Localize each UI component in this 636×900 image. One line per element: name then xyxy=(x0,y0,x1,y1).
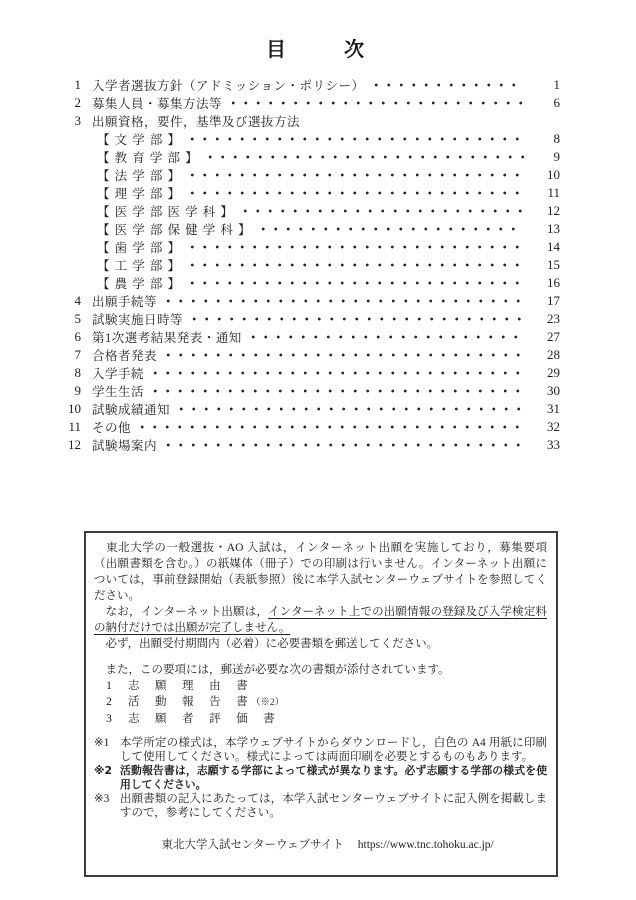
toc-entry-page: 23 xyxy=(534,311,560,327)
dot-leader xyxy=(186,274,524,292)
dot-leader xyxy=(162,346,524,364)
document-item-label: 志 願 者 評 価 書 xyxy=(128,711,281,727)
toc-entry-page: 11 xyxy=(534,185,560,201)
document-item: 2 活 動 報 告 書 （※2） xyxy=(94,694,547,711)
notice-paragraph-mail-documents: 必ず，出願受付期間内（必着）に必要書類を郵送してください。 xyxy=(94,636,547,652)
dot-leader xyxy=(149,364,524,382)
toc-entry-number: 11 xyxy=(68,419,81,435)
attached-documents-list: 1 志 願 理 由 書 2 活 動 報 告 書 （※2） 3 志 願 者 評 価… xyxy=(94,678,547,727)
toc-entry: 【 教 育 学 部 】 9 xyxy=(68,148,560,166)
toc-entry-number: 8 xyxy=(68,365,81,381)
dot-leader xyxy=(186,256,524,274)
document-item-number: 3 xyxy=(103,711,115,727)
toc-entry-page: 8 xyxy=(534,131,560,147)
toc-entry: 【 理 学 部 】 11 xyxy=(68,184,560,202)
note-marker: ※3 xyxy=(94,792,120,820)
page-title: 目 次 xyxy=(0,0,636,62)
dot-leader xyxy=(227,94,524,112)
toc-entry-page: 32 xyxy=(534,419,560,435)
toc-entry-label: 学生生活 xyxy=(92,382,144,400)
dot-leader xyxy=(257,220,524,238)
toc-entry-page: 6 xyxy=(534,95,560,111)
note-item: ※3 出願書類の記入にあたっては，本学入試センターウェブサイトに記入例を掲載しま… xyxy=(94,792,547,820)
toc-entry-label: 【 工 学 部 】 xyxy=(97,256,181,274)
note-text: 活動報告書は，志願する学部によって様式が異なります。必ず志願する学部の様式を使用… xyxy=(120,764,547,792)
dot-leader xyxy=(136,418,524,436)
notice-box: 東北大学の一般選抜・AO 入試は，インターネット出願を実施しており，募集要項（出… xyxy=(84,531,558,877)
dot-leader xyxy=(186,184,524,202)
dot-leader xyxy=(175,400,524,418)
toc-entry-number: 6 xyxy=(68,329,81,345)
toc-entry-number: 1 xyxy=(68,77,81,93)
toc-entry-label: 第1次選考結果発表・通知 xyxy=(92,328,242,346)
dot-leader xyxy=(162,292,524,310)
document-item: 1 志 願 理 由 書 xyxy=(94,678,547,694)
dot-leader xyxy=(186,130,524,148)
toc-entry: 5 試験実施日時等 23 xyxy=(68,310,560,328)
toc-entry-label: 出願手続等 xyxy=(92,292,157,310)
warning-prefix: なお，インターネット出願は， xyxy=(94,606,268,618)
website-label: 東北大学入試センターウェブサイト xyxy=(162,839,344,851)
document-item-label: 志 願 理 由 書 xyxy=(128,678,254,694)
toc-entry: 【 文 学 部 】 8 xyxy=(68,130,560,148)
toc-entry-label: 試験成績通知 xyxy=(92,400,170,418)
notice-paragraph-attached-documents: また，この要項には，郵送が必要な次の書類が添付されています。 xyxy=(94,662,547,678)
toc-entry-label: 【 医 学 部 医 学 科 】 xyxy=(97,202,234,220)
toc-entry: 11 その他 32 xyxy=(68,418,560,436)
toc-entry: 【 法 学 部 】 10 xyxy=(68,166,560,184)
toc-entry-page: 10 xyxy=(534,167,560,183)
toc-entry: 1 入学者選抜方針（アドミッション・ポリシー） 1 xyxy=(68,76,560,94)
toc-entry-label: 試験実施日時等 xyxy=(92,310,183,328)
toc-entry-page: 29 xyxy=(534,365,560,381)
dot-leader xyxy=(188,310,524,328)
table-of-contents: 1 入学者選抜方針（アドミッション・ポリシー） 1 2 募集人員・募集方法等 6… xyxy=(68,76,560,454)
toc-entry-number: 5 xyxy=(68,311,81,327)
toc-entry-label: その他 xyxy=(92,418,131,436)
toc-entry-page: 14 xyxy=(534,239,560,255)
toc-entry-page: 12 xyxy=(534,203,560,219)
website-url: https://www.tnc.tohoku.ac.jp/ xyxy=(358,839,494,851)
dot-leader xyxy=(162,436,524,454)
notice-paragraph-internet-application: 東北大学の一般選抜・AO 入試は，インターネット出願を実施しており，募集要項（出… xyxy=(94,540,547,604)
toc-entry-number: 10 xyxy=(68,401,81,417)
toc-entry-label: 入学手続 xyxy=(92,364,144,382)
toc-entry-page: 17 xyxy=(534,293,560,309)
spacer xyxy=(94,652,547,662)
toc-entry-label: 【 農 学 部 】 xyxy=(97,274,181,292)
toc-entry-page: 16 xyxy=(534,275,560,291)
toc-entry: 12 試験場案内 33 xyxy=(68,436,560,454)
toc-entry-label: 入学者選抜方針（アドミッション・ポリシー） xyxy=(92,76,365,94)
notice-paragraph-warning: なお，インターネット出願は，インターネット上での出願情報の登録及び入学検定料の納… xyxy=(94,604,547,636)
website-line: 東北大学入試センターウェブサイトhttps://www.tnc.tohoku.a… xyxy=(94,823,547,868)
toc-entry-number: 2 xyxy=(68,95,81,111)
toc-entry-label: 【 歯 学 部 】 xyxy=(97,238,181,256)
toc-entry: 4 出願手続等 17 xyxy=(68,292,560,310)
toc-entry-page: 33 xyxy=(534,437,560,453)
toc-entry-page: 1 xyxy=(534,77,560,93)
toc-entry-page: 28 xyxy=(534,347,560,363)
toc-entry-page: 15 xyxy=(534,257,560,273)
note-marker: ※2 xyxy=(94,764,120,792)
dot-leader xyxy=(370,76,524,94)
toc-entry: 【 農 学 部 】 16 xyxy=(68,274,560,292)
toc-entry-label: 【 医 学 部 保 健 学 科 】 xyxy=(97,220,252,238)
dot-leader xyxy=(239,202,524,220)
toc-entry: 【 工 学 部 】 15 xyxy=(68,256,560,274)
footnotes: ※1 本学所定の様式は，本学ウェブサイトからダウンロードし，白色の A4 用紙に… xyxy=(94,736,547,820)
toc-entry-label: 【 文 学 部 】 xyxy=(97,130,181,148)
document-item-label: 活 動 報 告 書 xyxy=(128,694,254,710)
toc-entry-number: 12 xyxy=(68,437,81,453)
toc-entry: 10 試験成績通知 31 xyxy=(68,400,560,418)
toc-entry-label: 募集人員・募集方法等 xyxy=(92,94,222,112)
toc-entry: 9 学生生活 30 xyxy=(68,382,560,400)
dot-leader xyxy=(204,148,524,166)
toc-entry-page: 30 xyxy=(534,383,560,399)
toc-entry-number: 9 xyxy=(68,383,81,399)
toc-entry-page: 9 xyxy=(534,149,560,165)
dot-leader xyxy=(247,328,524,346)
note-text: 出願書類の記入にあたっては，本学入試センターウェブサイトに記入例を掲載しますので… xyxy=(120,792,547,820)
toc-entry-label: 出願資格，要件，基準及び選抜方法 xyxy=(92,112,300,130)
toc-entry: 6 第1次選考結果発表・通知 27 xyxy=(68,328,560,346)
dot-leader xyxy=(186,238,524,256)
toc-entry-number: 4 xyxy=(68,293,81,309)
toc-entry-page: 31 xyxy=(534,401,560,417)
toc-entry: 【 医 学 部 保 健 学 科 】 13 xyxy=(68,220,560,238)
toc-entry: 【 歯 学 部 】 14 xyxy=(68,238,560,256)
toc-entry: 3 出願資格，要件，基準及び選抜方法 xyxy=(68,112,560,130)
toc-entry-label: 試験場案内 xyxy=(92,436,157,454)
document-item-ref: （※2） xyxy=(251,695,284,711)
toc-entry-page: 13 xyxy=(534,221,560,237)
toc-entry-number: 7 xyxy=(68,347,81,363)
toc-entry: 7 合格者発表 28 xyxy=(68,346,560,364)
document-page: { "page": { "title": "目 次" }, "toc": { "… xyxy=(0,0,636,900)
toc-entry-page: 27 xyxy=(534,329,560,345)
dot-leader xyxy=(149,382,524,400)
toc-entry: 2 募集人員・募集方法等 6 xyxy=(68,94,560,112)
toc-entry: 【 医 学 部 医 学 科 】 12 xyxy=(68,202,560,220)
toc-entry-number: 3 xyxy=(68,113,81,129)
dot-leader xyxy=(186,166,524,184)
toc-entry-label: 【 法 学 部 】 xyxy=(97,166,181,184)
toc-entry: 8 入学手続 29 xyxy=(68,364,560,382)
document-item: 3 志 願 者 評 価 書 xyxy=(94,711,547,727)
note-text: 本学所定の様式は，本学ウェブサイトからダウンロードし，白色の A4 用紙に印刷し… xyxy=(120,736,547,764)
document-item-number: 2 xyxy=(103,694,115,710)
note-item: ※1 本学所定の様式は，本学ウェブサイトからダウンロードし，白色の A4 用紙に… xyxy=(94,736,547,764)
note-item: ※2 活動報告書は，志願する学部によって様式が異なります。必ず志願する学部の様式… xyxy=(94,764,547,792)
toc-entry-label: 【 教 育 学 部 】 xyxy=(97,148,199,166)
toc-entry-label: 合格者発表 xyxy=(92,346,157,364)
toc-entry-label: 【 理 学 部 】 xyxy=(97,184,181,202)
note-marker: ※1 xyxy=(94,736,120,764)
document-item-number: 1 xyxy=(103,678,115,694)
